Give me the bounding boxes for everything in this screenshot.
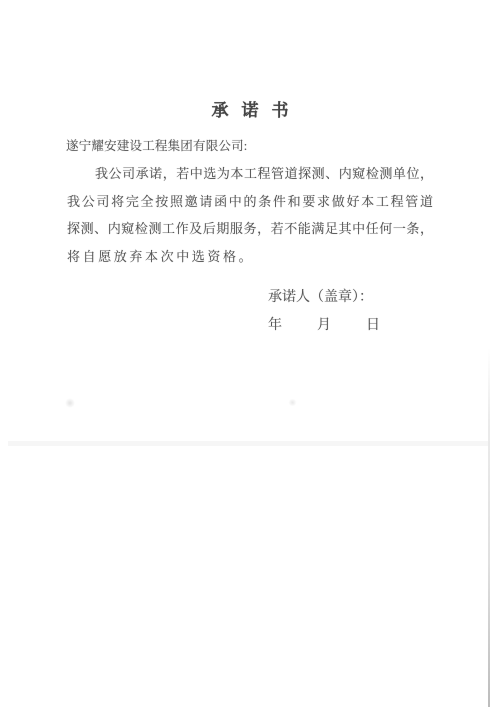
- scan-edge-artifact: [488, 348, 490, 707]
- scan-smudge-artifact: [65, 398, 75, 408]
- body-line: 我公司将完全按照邀请函中的条件和要求做好本工程管道: [67, 188, 433, 216]
- date-line: 年 月 日: [268, 316, 380, 336]
- page-title-text: 承诺书: [212, 101, 302, 120]
- year-label: 年: [268, 316, 282, 336]
- scan-band-artifact: [8, 441, 488, 446]
- scanned-document-page: 承诺书 遂宁耀安建设工程集团有限公司: 我公司承诺，若中选为本工程管道探测、内窥…: [0, 0, 500, 707]
- body-line: 我公司承诺，若中选为本工程管道探测、内窥检测单位，: [67, 160, 433, 188]
- page-title: 承诺书: [0, 99, 500, 123]
- body-line: 将自愿放弃本次中选资格。: [67, 243, 433, 271]
- body-paragraph: 我公司承诺，若中选为本工程管道探测、内窥检测单位， 我公司将完全按照邀请函中的条…: [67, 160, 433, 270]
- body-line: 探测、内窥检测工作及后期服务，若不能满足其中任何一条，: [67, 215, 433, 243]
- scan-smudge-artifact: [288, 399, 297, 406]
- day-label: 日: [366, 316, 380, 336]
- month-label: 月: [317, 316, 331, 336]
- salutation-line: 遂宁耀安建设工程集团有限公司:: [66, 136, 247, 156]
- signature-label: 承诺人（盖章）：: [268, 288, 373, 308]
